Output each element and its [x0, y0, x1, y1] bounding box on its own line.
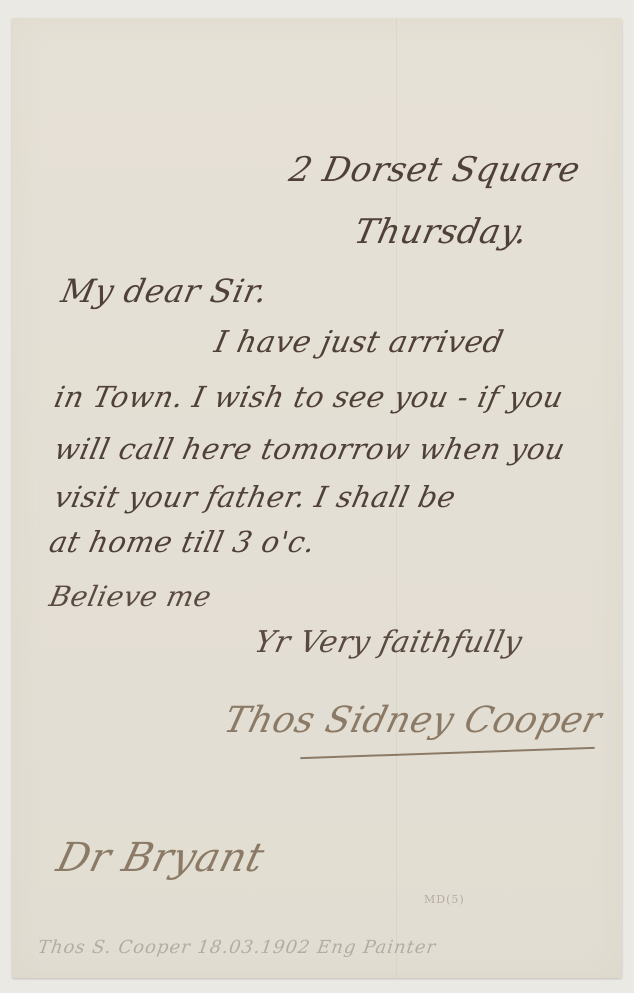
closing-line: Yr Very faithfully: [251, 625, 525, 660]
closing-line: Believe me: [46, 580, 214, 613]
archive-mark: MD(5): [424, 893, 465, 906]
recipient-name: Dr Bryant: [52, 835, 269, 881]
body-line: will call here tomorrow when you: [51, 432, 568, 466]
pencil-annotation: Thos S. Cooper 18.03.1902 Eng Painter: [37, 937, 438, 958]
body-line: I have just arrived: [211, 325, 506, 360]
body-line: visit your father. I shall be: [51, 480, 459, 514]
letter-salutation: My dear Sir.: [58, 272, 271, 310]
body-line: in Town. I wish to see you - if you: [51, 380, 566, 414]
letter-day: Thursday.: [351, 212, 532, 252]
letter-address: 2 Dorset Square: [286, 150, 584, 190]
body-line: at home till 3 o'c.: [46, 525, 318, 559]
signature: Thos Sidney Cooper: [220, 700, 606, 741]
